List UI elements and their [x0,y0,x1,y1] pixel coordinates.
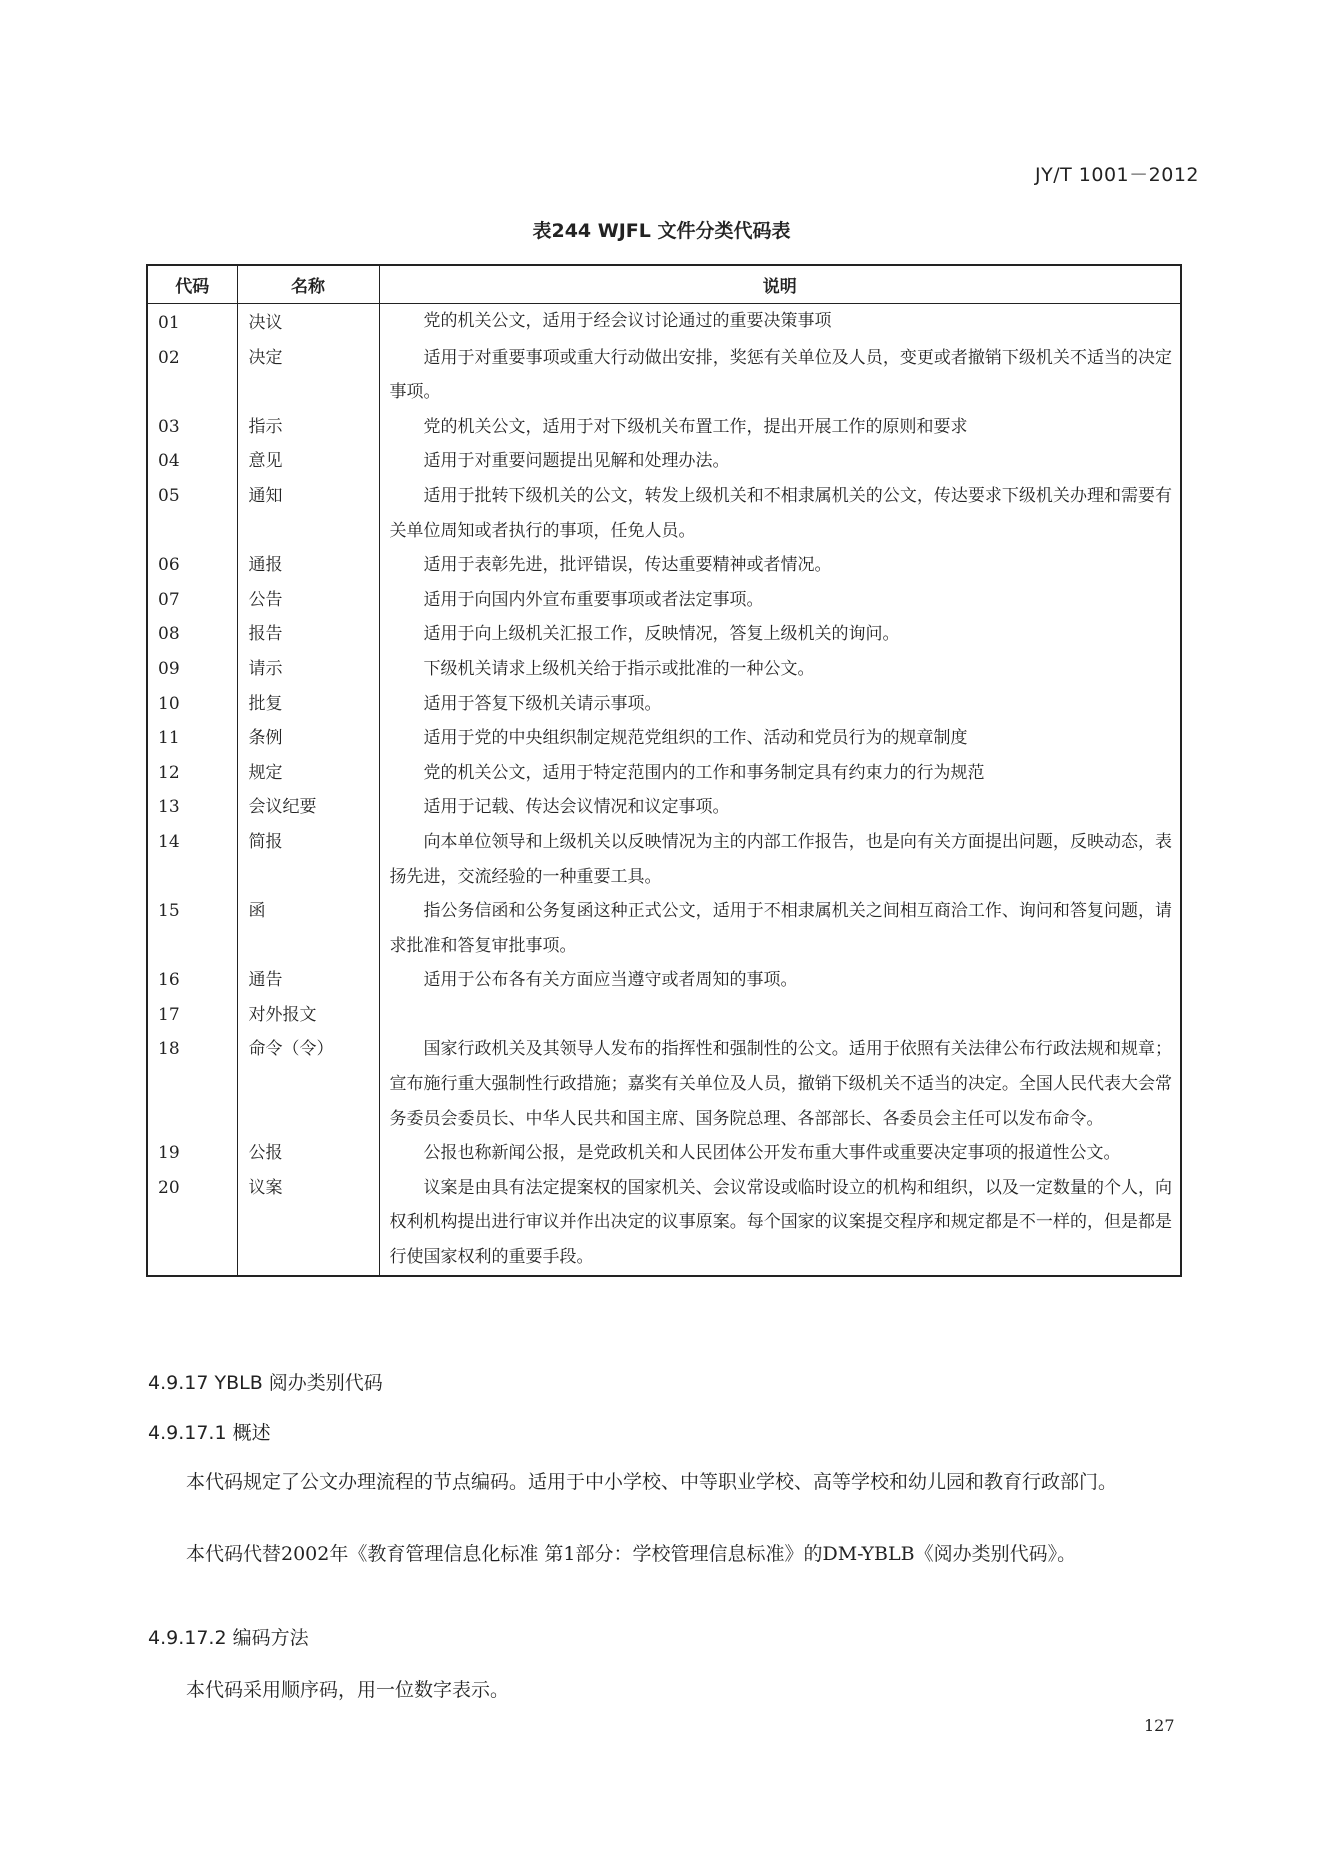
row-code: 12 [147,756,237,791]
row-description: 党的机关公文，适用于对下级机关布置工作，提出开展工作的原则和要求 [379,410,1181,445]
row-name: 决议 [237,304,379,341]
row-description: 适用于答复下级机关请示事项。 [379,687,1181,722]
row-name: 决定 [237,341,379,410]
row-name: 报告 [237,617,379,652]
row-description: 国家行政机关及其领导人发布的指挥性和强制性的公文。适用于依照有关法律公布行政法规… [379,1032,1181,1136]
table-row: 15函指公务信函和公务复函这种正式公文，适用于不相隶属机关之间相互商洽工作、询问… [147,894,1181,963]
row-description: 适用于向上级机关汇报工作，反映情况，答复上级机关的询问。 [379,617,1181,652]
column-header-name: 名称 [237,265,379,304]
row-name: 意见 [237,444,379,479]
row-name: 通知 [237,479,379,548]
table-row: 08报告适用于向上级机关汇报工作，反映情况，答复上级机关的询问。 [147,617,1181,652]
row-description: 适用于党的中央组织制定规范党组织的工作、活动和党员行为的规章制度 [379,721,1181,756]
table-row: 19公报公报也称新闻公报，是党政机关和人民团体公开发布重大事件或重要决定事项的报… [147,1136,1181,1171]
table-row: 03指示党的机关公文，适用于对下级机关布置工作，提出开展工作的原则和要求 [147,410,1181,445]
table-row: 06通报适用于表彰先进，批评错误，传达重要精神或者情况。 [147,548,1181,583]
overview-paragraph-1: 本代码规定了公文办理流程的节点编码。适用于中小学校、中等职业学校、高等学校和幼儿… [148,1464,1184,1500]
row-name: 会议纪要 [237,790,379,825]
row-code: 09 [147,652,237,687]
table-row: 20议案议案是由具有法定提案权的国家机关、会议常设或临时设立的机构和组织，以及一… [147,1171,1181,1276]
row-description: 公报也称新闻公报，是党政机关和人民团体公开发布重大事件或重要决定事项的报道性公文… [379,1136,1181,1171]
table-row: 11条例适用于党的中央组织制定规范党组织的工作、活动和党员行为的规章制度 [147,721,1181,756]
page-number: 127 [1144,1716,1175,1735]
table-row: 10批复适用于答复下级机关请示事项。 [147,687,1181,722]
table-row: 12规定党的机关公文，适用于特定范围内的工作和事务制定具有约束力的行为规范 [147,756,1181,791]
row-code: 06 [147,548,237,583]
table-row: 07公告适用于向国内外宣布重要事项或者法定事项。 [147,583,1181,618]
table-row: 09请示下级机关请求上级机关给于指示或批准的一种公文。 [147,652,1181,687]
row-code: 17 [147,998,237,1033]
table-row: 18命令（令）国家行政机关及其领导人发布的指挥性和强制性的公文。适用于依照有关法… [147,1032,1181,1136]
row-name: 议案 [237,1171,379,1276]
row-name: 对外报文 [237,998,379,1033]
row-description: 适用于向国内外宣布重要事项或者法定事项。 [379,583,1181,618]
row-code: 19 [147,1136,237,1171]
row-description: 适用于记载、传达会议情况和议定事项。 [379,790,1181,825]
row-description: 适用于批转下级机关的公文，转发上级机关和不相隶属机关的公文，传达要求下级机关办理… [379,479,1181,548]
overview-paragraph-2: 本代码代替2002年《教育管理信息化标准 第1部分：学校管理信息标准》的DM-Y… [148,1536,1184,1572]
row-description: 议案是由具有法定提案权的国家机关、会议常设或临时设立的机构和组织，以及一定数量的… [379,1171,1181,1276]
row-description: 下级机关请求上级机关给于指示或批准的一种公文。 [379,652,1181,687]
row-code: 10 [147,687,237,722]
row-name: 指示 [237,410,379,445]
column-header-description: 说明 [379,265,1181,304]
row-code: 05 [147,479,237,548]
row-name: 规定 [237,756,379,791]
row-description: 适用于对重要事项或重大行动做出安排，奖惩有关单位及人员，变更或者撤销下级机关不适… [379,341,1181,410]
row-name: 条例 [237,721,379,756]
row-code: 07 [147,583,237,618]
row-code: 16 [147,963,237,998]
row-code: 08 [147,617,237,652]
table-row: 17对外报文 [147,998,1181,1033]
row-description: 党的机关公文，适用于特定范围内的工作和事务制定具有约束力的行为规范 [379,756,1181,791]
row-name: 简报 [237,825,379,894]
row-name: 公报 [237,1136,379,1171]
row-description: 适用于对重要问题提出见解和处理办法。 [379,444,1181,479]
row-description: 指公务信函和公务复函这种正式公文，适用于不相隶属机关之间相互商洽工作、询问和答复… [379,894,1181,963]
table-row: 13会议纪要适用于记载、传达会议情况和议定事项。 [147,790,1181,825]
row-code: 18 [147,1032,237,1136]
row-name: 通告 [237,963,379,998]
row-name: 公告 [237,583,379,618]
table-row: 14简报向本单位领导和上级机关以反映情况为主的内部工作报告，也是向有关方面提出问… [147,825,1181,894]
document-classification-table: 代码 名称 说明 01决议党的机关公文，适用于经会议讨论通过的重要决策事项02决… [146,264,1182,1277]
row-name: 批复 [237,687,379,722]
row-code: 01 [147,304,237,341]
row-code: 15 [147,894,237,963]
section-heading-4-9-17-2: 4.9.17.2 编码方法 [148,1623,309,1650]
row-code: 11 [147,721,237,756]
table-row: 05通知适用于批转下级机关的公文，转发上级机关和不相隶属机关的公文，传达要求下级… [147,479,1181,548]
row-code: 14 [147,825,237,894]
row-description: 适用于表彰先进，批评错误，传达重要精神或者情况。 [379,548,1181,583]
table-body: 01决议党的机关公文，适用于经会议讨论通过的重要决策事项02决定适用于对重要事项… [147,304,1181,1276]
row-code: 03 [147,410,237,445]
row-name: 函 [237,894,379,963]
row-name: 通报 [237,548,379,583]
table-row: 04意见适用于对重要问题提出见解和处理办法。 [147,444,1181,479]
row-description: 党的机关公文，适用于经会议讨论通过的重要决策事项 [379,304,1181,341]
standard-code: JY/T 1001－2012 [1035,160,1199,187]
column-header-code: 代码 [147,265,237,304]
row-code: 13 [147,790,237,825]
row-name: 命令（令） [237,1032,379,1136]
table-row: 02决定适用于对重要事项或重大行动做出安排，奖惩有关单位及人员，变更或者撤销下级… [147,341,1181,410]
section-heading-4-9-17-1: 4.9.17.1 概述 [148,1418,271,1445]
row-description: 向本单位领导和上级机关以反映情况为主的内部工作报告，也是向有关方面提出问题，反映… [379,825,1181,894]
table-header-row: 代码 名称 说明 [147,265,1181,304]
coding-method-paragraph: 本代码采用顺序码，用一位数字表示。 [148,1672,1184,1708]
row-code: 20 [147,1171,237,1276]
row-description [379,998,1181,1033]
table-row: 01决议党的机关公文，适用于经会议讨论通过的重要决策事项 [147,304,1181,341]
table-row: 16通告适用于公布各有关方面应当遵守或者周知的事项。 [147,963,1181,998]
row-name: 请示 [237,652,379,687]
table-title: 表244 WJFL 文件分类代码表 [0,216,1323,243]
row-description: 适用于公布各有关方面应当遵守或者周知的事项。 [379,963,1181,998]
row-code: 02 [147,341,237,410]
section-heading-4-9-17: 4.9.17 YBLB 阅办类别代码 [148,1368,383,1395]
row-code: 04 [147,444,237,479]
